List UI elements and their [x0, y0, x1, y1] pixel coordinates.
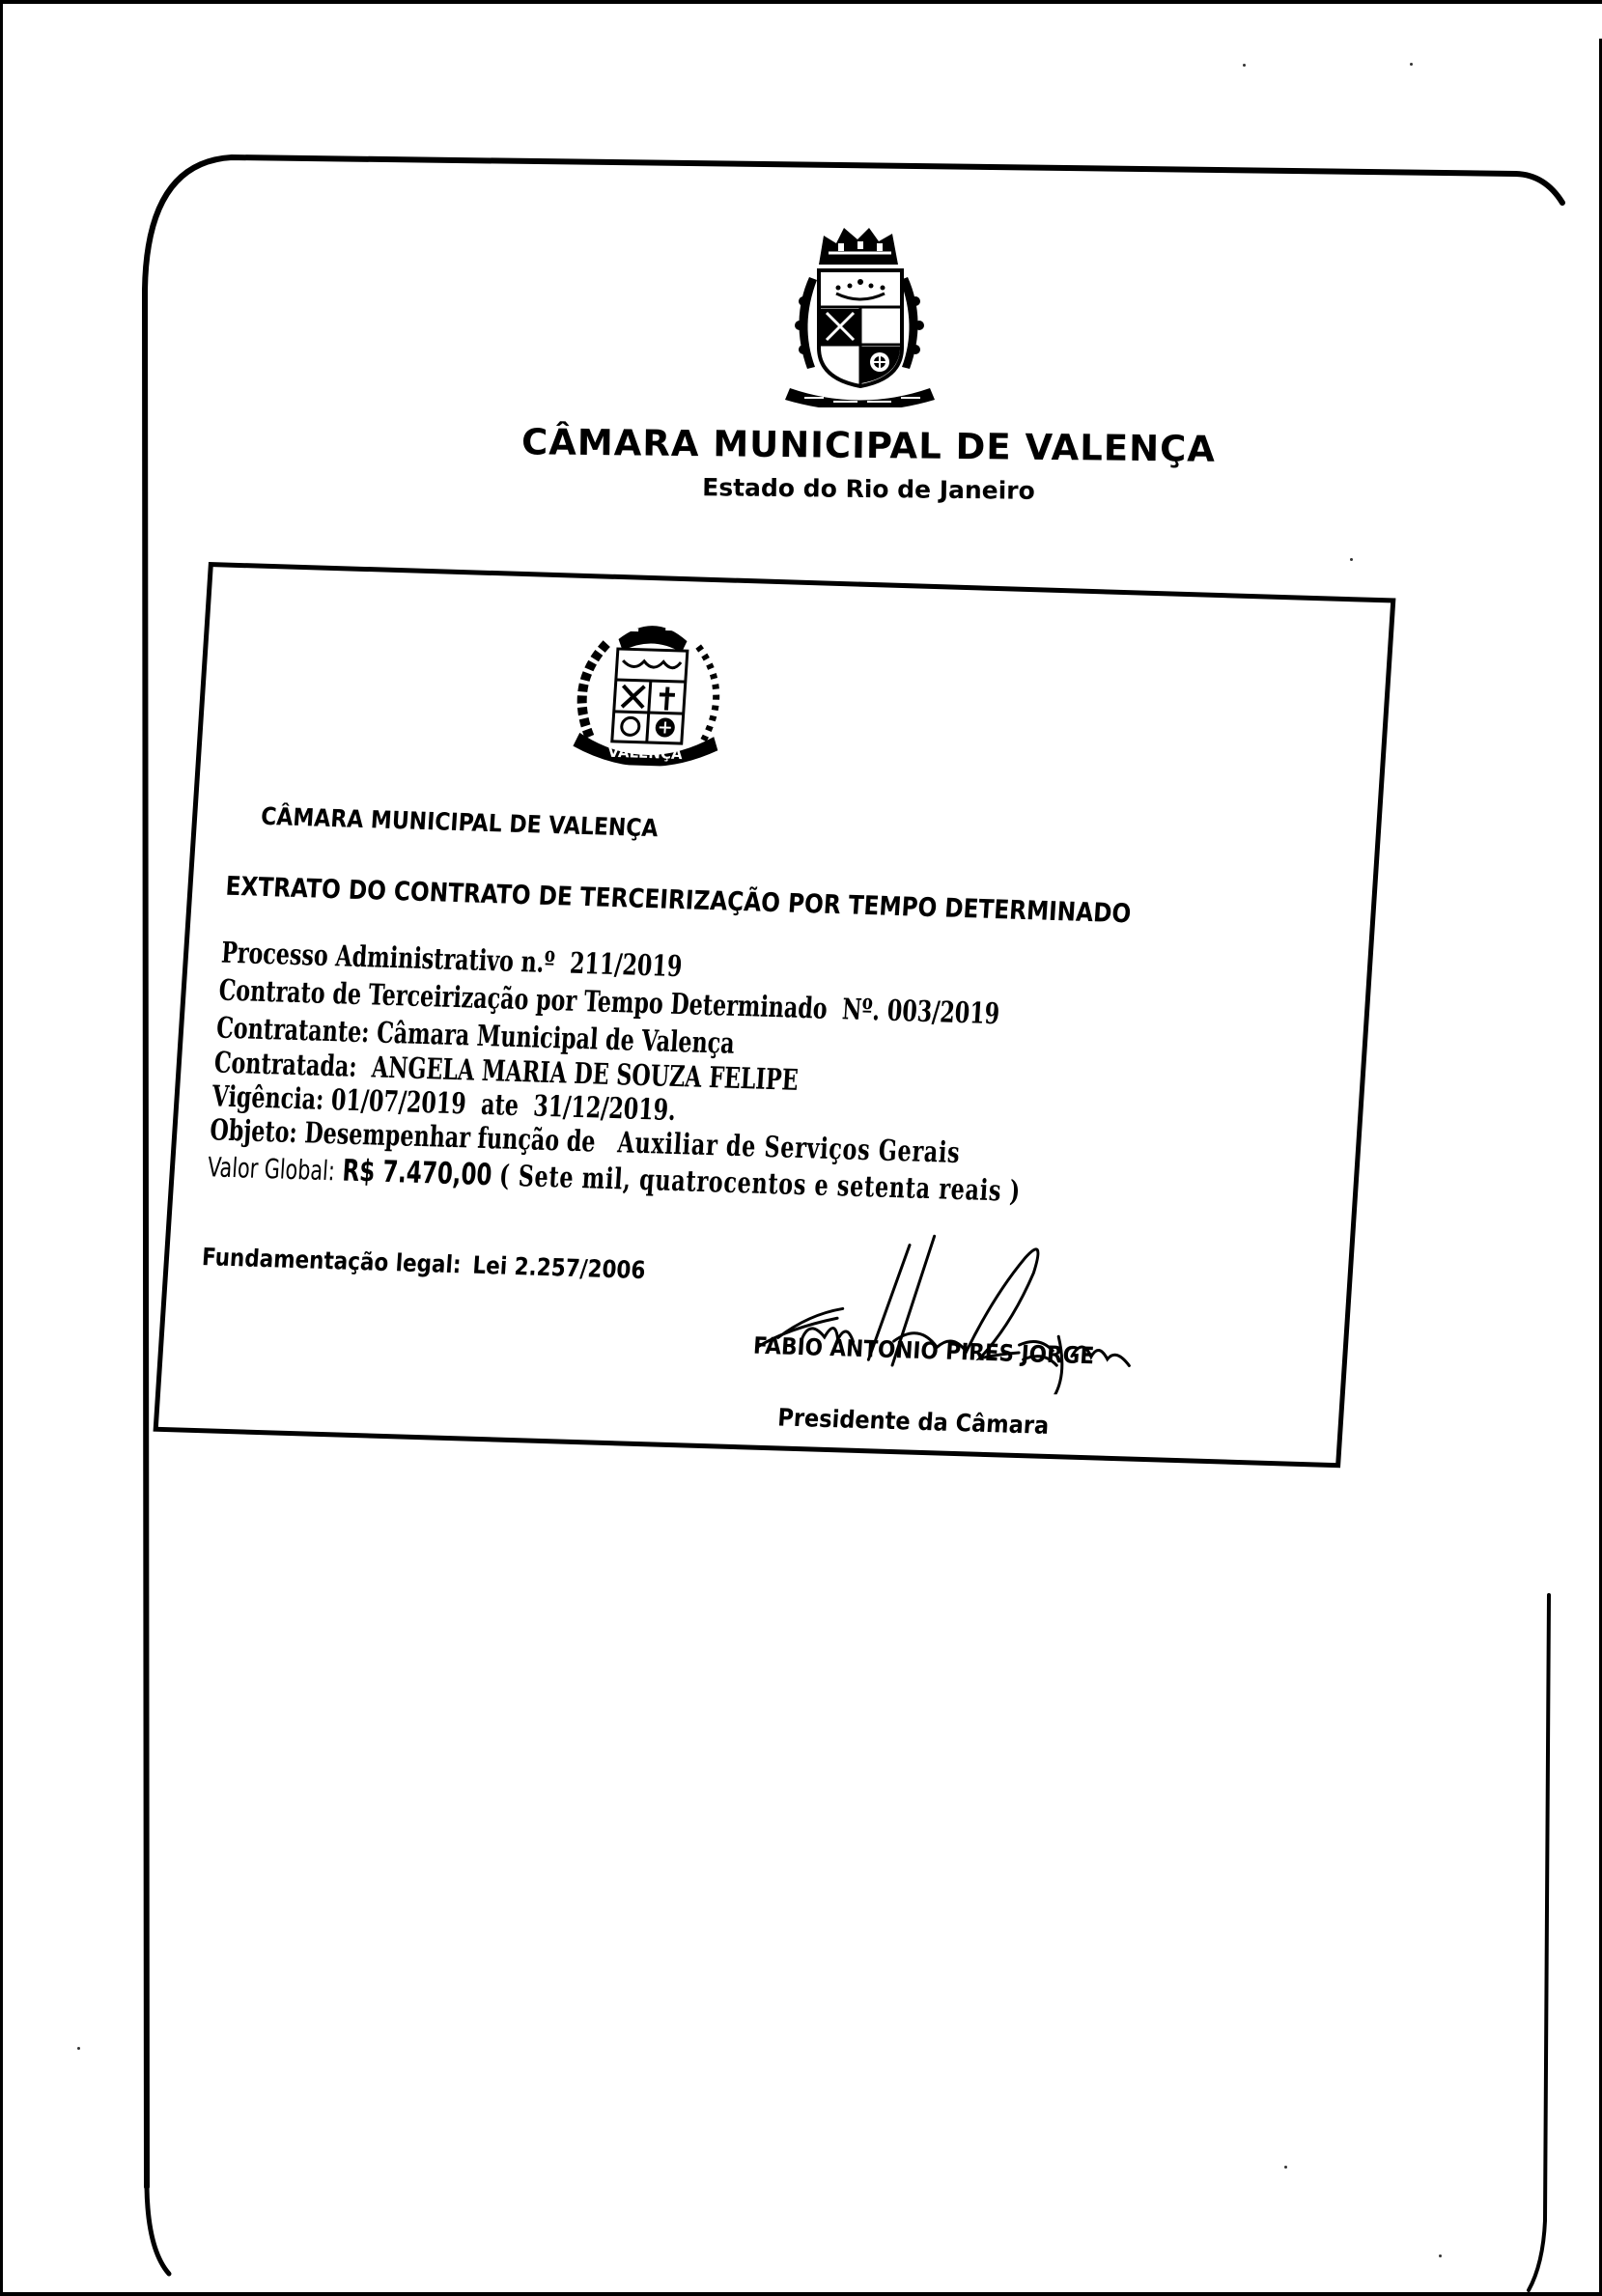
- contract-extract-box: VALENÇA CÂMARA MUNICIPAL DE VALENÇA EXTR…: [154, 562, 1396, 1468]
- extract-heading: EXTRATO DO CONTRATO DE TERCEIRIZAÇÃO POR…: [225, 872, 1132, 930]
- legal-basis-value: Lei 2.257/2006: [472, 1251, 647, 1284]
- field-value: 211/2019: [569, 947, 683, 984]
- scanned-page: CÂMARA MUNICIPAL DE VALENÇA Estado do Ri…: [0, 0, 1602, 2296]
- field-label: Processo Administrativo n.º: [220, 937, 556, 981]
- field-label: Objeto:: [209, 1113, 297, 1150]
- field-label: Contratada:: [213, 1046, 358, 1083]
- coat-of-arms-icon: VALENÇA: [560, 608, 739, 768]
- field-start-date: 01/07/2019: [330, 1083, 467, 1121]
- coat-of-arms-icon: [780, 224, 940, 407]
- scan-speck: [1350, 558, 1353, 561]
- field-value: 003/2019: [886, 994, 1000, 1031]
- field-connector: ate: [480, 1088, 520, 1123]
- scan-speck: [1439, 2254, 1442, 2257]
- field-label: Vigência:: [211, 1079, 325, 1116]
- institution-name: CÂMARA MUNICIPAL DE VALENÇA: [260, 802, 659, 843]
- field-label: Contratante:: [215, 1012, 370, 1050]
- scan-speck: [1284, 2166, 1287, 2169]
- legal-basis: Fundamentação legal:Lei 2.257/2006: [201, 1243, 646, 1284]
- scan-speck: [1410, 63, 1413, 66]
- svg-text:VALENÇA: VALENÇA: [607, 743, 684, 763]
- field-amount: R$ 7.470,00: [342, 1154, 493, 1193]
- field-number-label: Nº.: [841, 993, 881, 1027]
- scan-speck: [1243, 64, 1246, 67]
- field-label: Valor Global:: [207, 1151, 336, 1187]
- legal-basis-label: Fundamentação legal:: [201, 1243, 462, 1278]
- signatory-role: Presidente da Câmara: [777, 1403, 1051, 1440]
- field-end-date: 31/12/2019.: [532, 1090, 677, 1128]
- scan-speck: [77, 2047, 80, 2050]
